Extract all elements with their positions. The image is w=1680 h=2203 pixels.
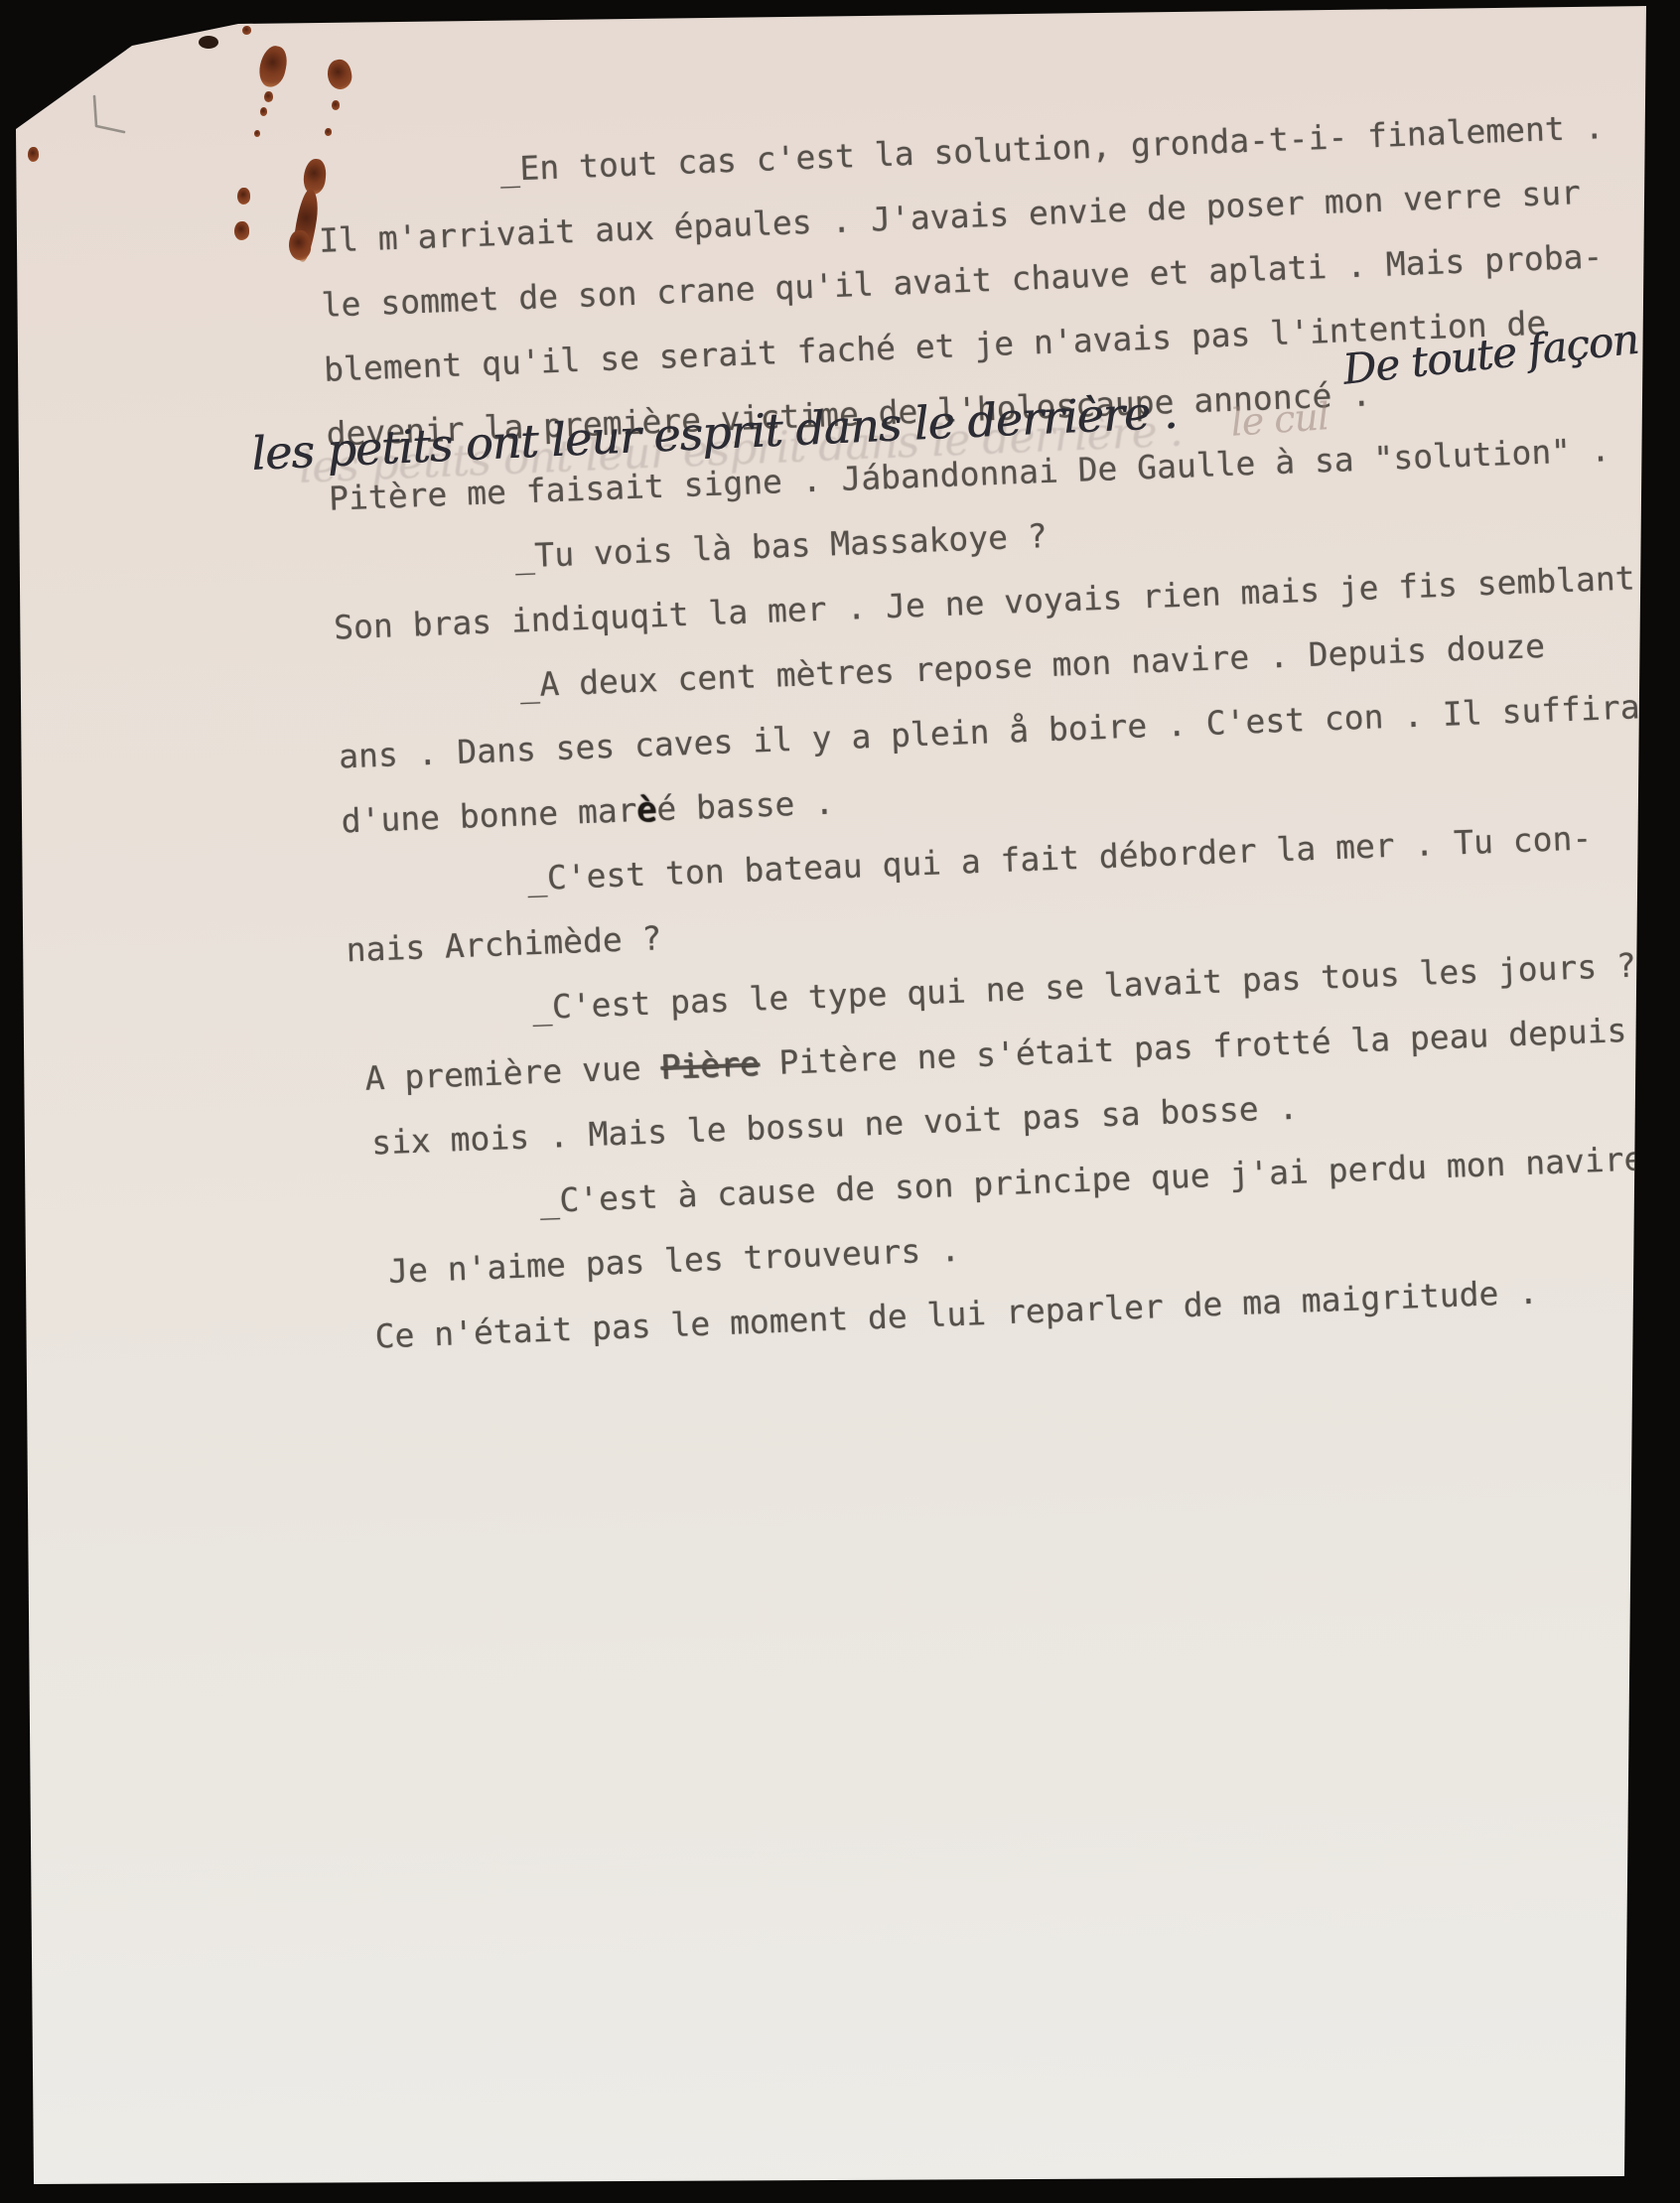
- struck-text: Pière: [660, 1044, 761, 1087]
- corner-mark-pencil-L: [85, 93, 133, 141]
- stain-blob: [256, 44, 290, 89]
- paper-sheet: _En tout cas c'est la solution, gronda-t…: [0, 0, 1680, 2203]
- stain-blob: [199, 36, 218, 49]
- stain-blob: [325, 128, 332, 136]
- stain-blob: [234, 221, 249, 240]
- stain-blob: [332, 100, 340, 110]
- stain-blob: [326, 58, 354, 91]
- handwritten-annotation-ghost-erased: le cul: [1229, 394, 1330, 445]
- stain-blob: [242, 26, 251, 35]
- photo-background: _En tout cas c'est la solution, gronda-t…: [0, 0, 1680, 2203]
- typed-text-segment: é basse .: [656, 782, 835, 828]
- stain-blob: [260, 107, 267, 116]
- stain-blob: [288, 229, 312, 260]
- typed-lines: _En tout cas c'est la solution, gronda-t…: [316, 105, 1680, 1382]
- stain-blob: [254, 130, 260, 137]
- stain-blob: [264, 91, 273, 102]
- stain-blob: [237, 188, 250, 205]
- stain-blob: [28, 147, 39, 162]
- blot-text: è: [636, 789, 657, 829]
- typed-text-segment: _En tout cas c'est la solution, gronda-t…: [499, 107, 1605, 189]
